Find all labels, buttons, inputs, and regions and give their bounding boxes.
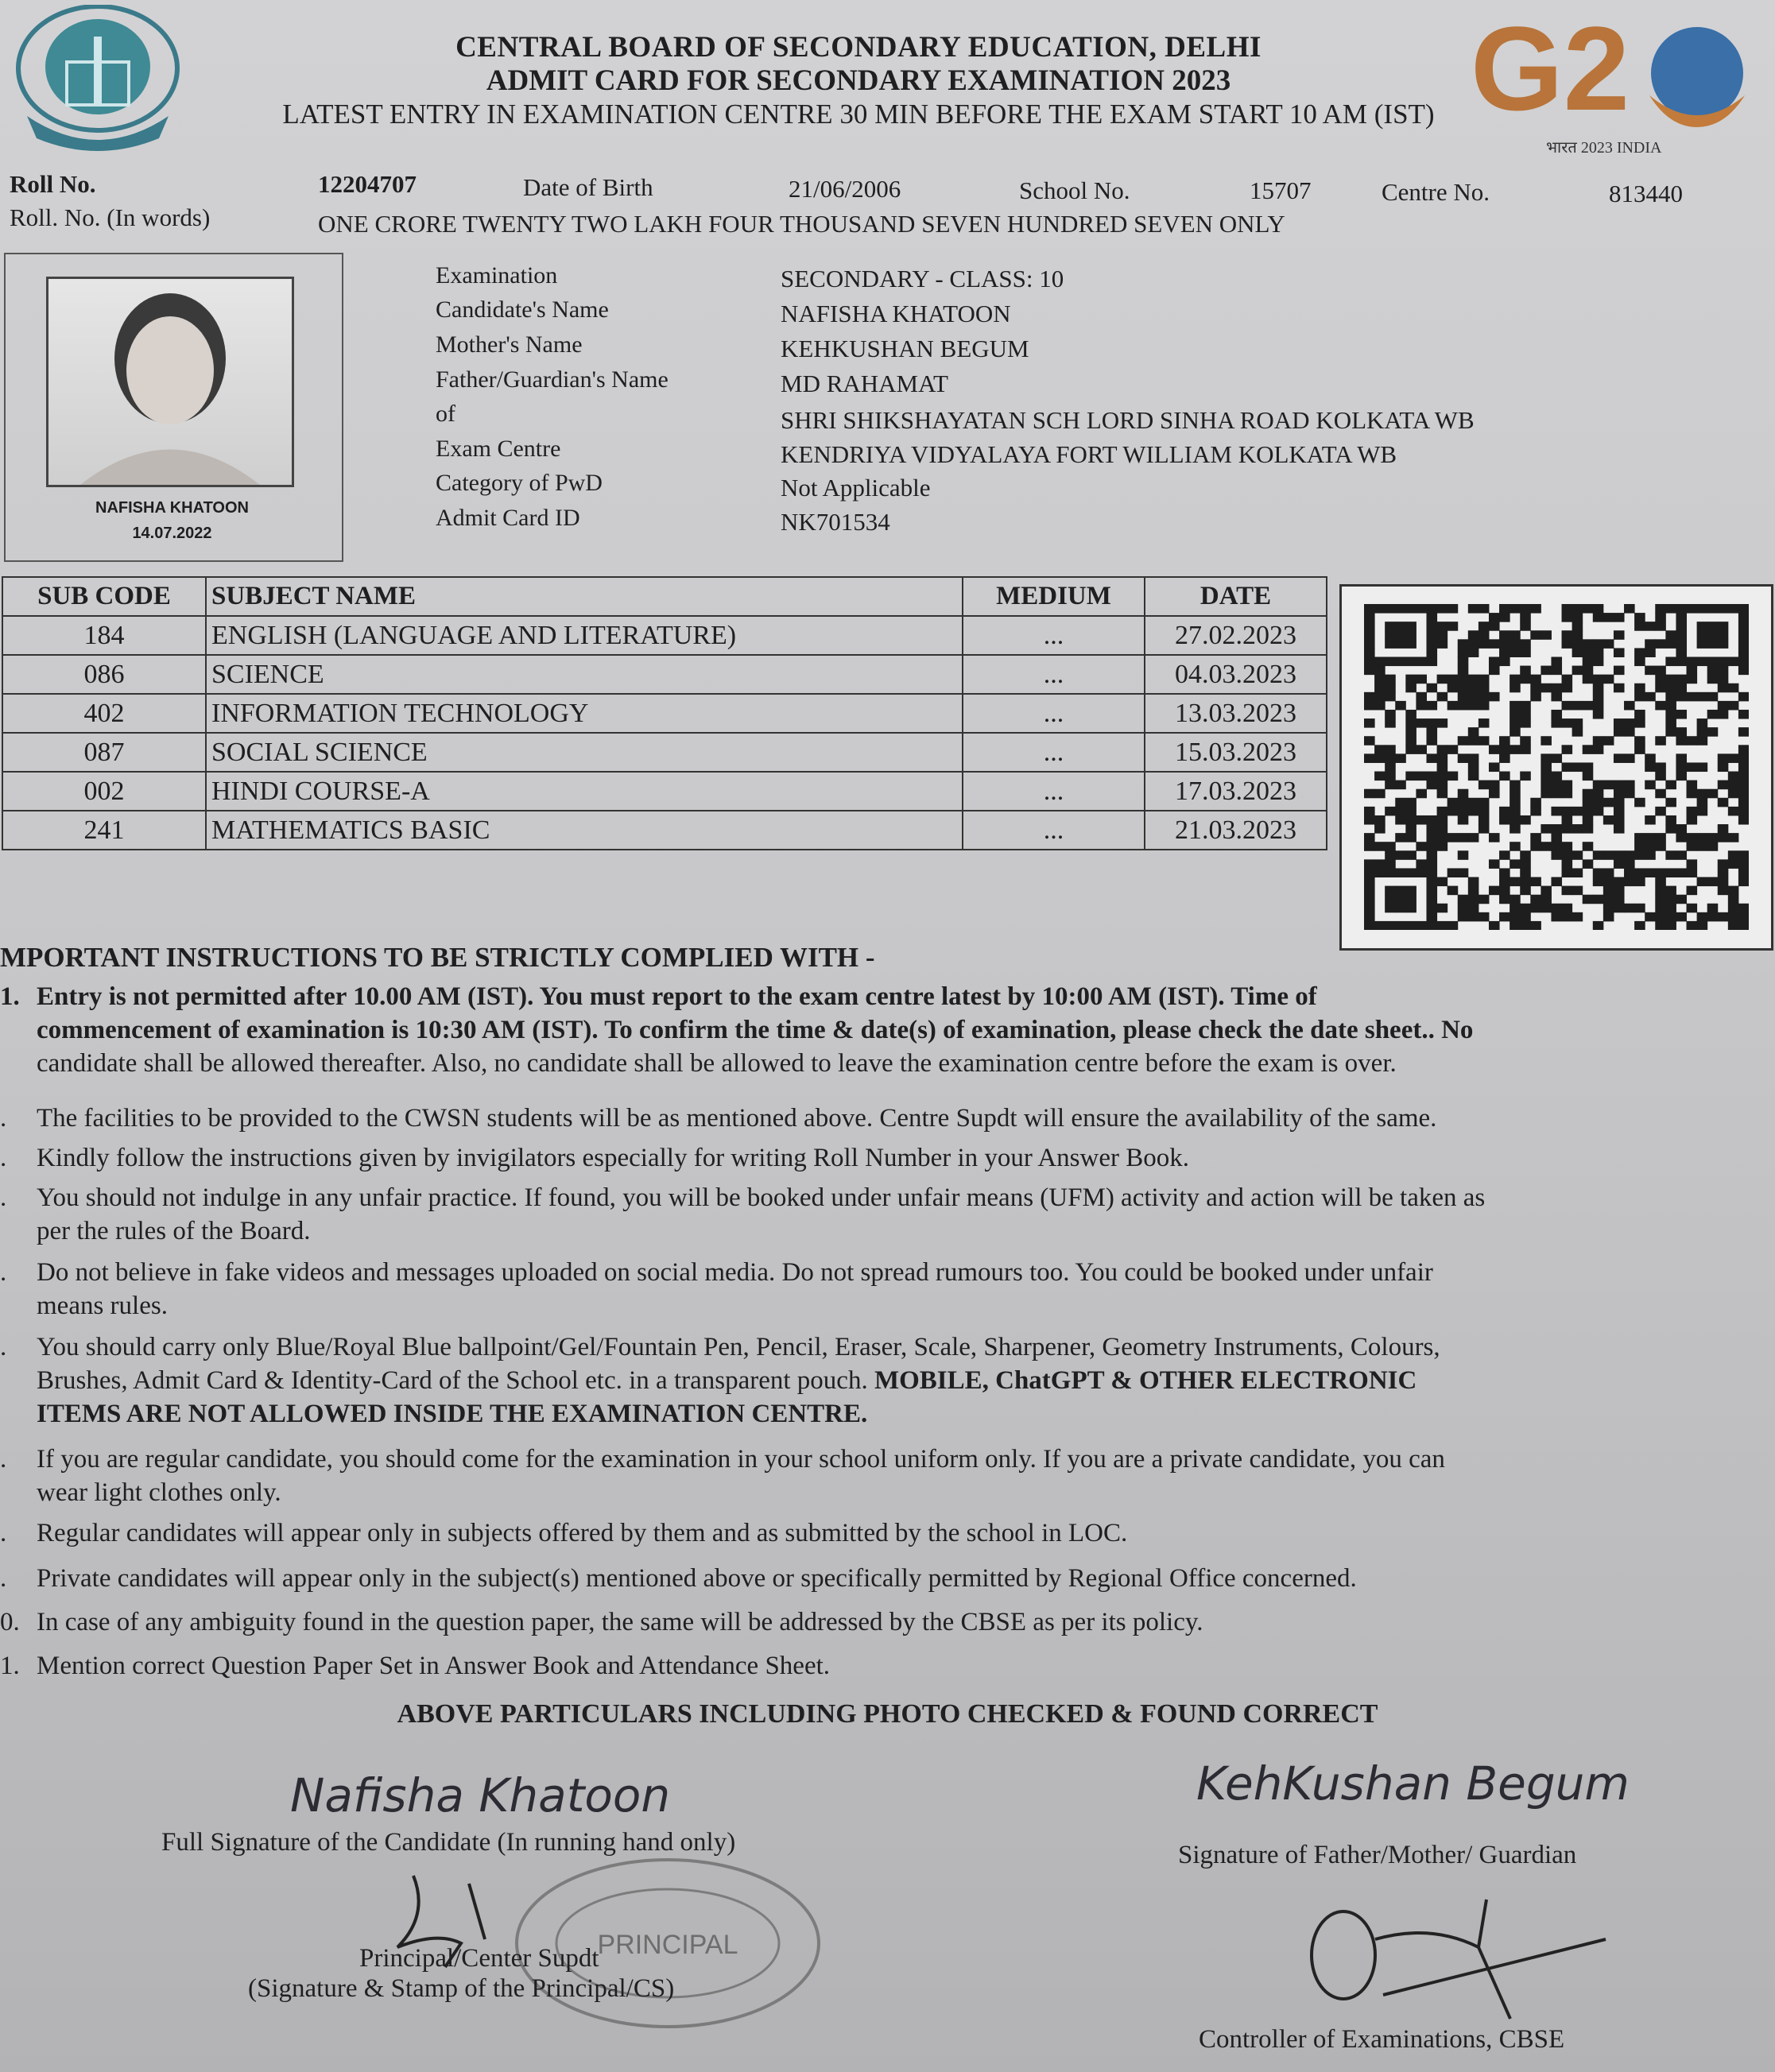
sub-code: 002 [2, 772, 206, 811]
subject-name: HINDI COURSE-A [206, 772, 963, 811]
sub-code: 184 [2, 616, 206, 655]
photo-name: NAFISHA KHATOON [4, 499, 340, 517]
header-sub-code: SUB CODE [2, 577, 206, 616]
school-label: School No. [1019, 176, 1130, 205]
detail-value: SECONDARY - CLASS: 10 [781, 265, 1064, 293]
svg-text:PRINCIPAL: PRINCIPAL [598, 1930, 738, 1960]
qr-code [1339, 584, 1773, 951]
detail-label: Mother's Name [436, 331, 583, 358]
detail-label: Exam Centre [436, 436, 560, 463]
exam-date: 17.03.2023 [1145, 772, 1327, 811]
dob-value: 21/06/2006 [789, 175, 901, 203]
exam-date: 15.03.2023 [1145, 733, 1327, 772]
detail-value: KENDRIYA VIDYALAYA FORT WILLIAM KOLKATA … [781, 440, 1397, 469]
instruction-item: .The facilities to be provided to the CW… [0, 1102, 1775, 1135]
controller-caption: Controller of Examinations, CBSE [1199, 2025, 1564, 2055]
centre-value: 813440 [1609, 180, 1683, 208]
sub-code: 402 [2, 694, 206, 733]
subject-name: INFORMATION TECHNOLOGY [206, 694, 963, 733]
instruction-item: .Private candidates will appear only in … [0, 1562, 1775, 1595]
detail-value: MD RAHAMAT [781, 370, 948, 398]
roll-words-value: ONE CRORE TWENTY TWO LAKH FOUR THOUSAND … [318, 210, 1285, 238]
subject-name: MATHEMATICS BASIC [206, 811, 963, 850]
table-row: 241 MATHEMATICS BASIC ... 21.03.2023 [2, 811, 1327, 850]
detail-value: Not Applicable [781, 474, 931, 502]
instruction-item: .If you are regular candidate, you shoul… [0, 1443, 1775, 1509]
roll-words-label: Roll. No. (In words) [10, 203, 210, 232]
medium: ... [963, 733, 1145, 772]
header-medium: MEDIUM [963, 577, 1145, 616]
sub-code: 087 [2, 733, 206, 772]
medium: ... [963, 616, 1145, 655]
candidate-photo [46, 277, 294, 487]
subjects-table: SUB CODE SUBJECT NAME MEDIUM DATE 184 EN… [2, 576, 1327, 850]
table-row: 086 SCIENCE ... 04.03.2023 [2, 655, 1327, 694]
instruction-item: .You should not indulge in any unfair pr… [0, 1181, 1775, 1248]
detail-label: Candidate's Name [436, 296, 609, 323]
detail-label: Admit Card ID [436, 505, 580, 532]
instruction-item: 0.In case of any ambiguity found in the … [0, 1605, 1775, 1639]
roll-label: Roll No. [10, 170, 96, 199]
medium: ... [963, 772, 1145, 811]
verification-statement: ABOVE PARTICULARS INCLUDING PHOTO CHECKE… [0, 1699, 1775, 1729]
exam-date: 04.03.2023 [1145, 655, 1327, 694]
subject-name: SOCIAL SCIENCE [206, 733, 963, 772]
medium: ... [963, 811, 1145, 850]
detail-value: NK701534 [781, 508, 890, 536]
subject-name: SCIENCE [206, 655, 963, 694]
school-value: 15707 [1250, 176, 1312, 205]
subject-name: ENGLISH (LANGUAGE AND LITERATURE) [206, 616, 963, 655]
candidate-signature: Nafisha Khatoon [290, 1768, 670, 1822]
board-title: CENTRAL BOARD OF SECONDARY EDUCATION, DE… [183, 30, 1534, 64]
instructions-title: MPORTANT INSTRUCTIONS TO BE STRICTLY COM… [0, 942, 875, 974]
admit-card-title: ADMIT CARD FOR SECONDARY EXAMINATION 202… [183, 64, 1534, 98]
table-row: 002 HINDI COURSE-A ... 17.03.2023 [2, 772, 1327, 811]
detail-value: SHRI SHIKSHAYATAN SCH LORD SINHA ROAD KO… [781, 406, 1475, 435]
instruction-item: .Regular candidates will appear only in … [0, 1516, 1775, 1550]
instruction-item: 1.Entry is not permitted after 10.00 AM … [0, 980, 1775, 1080]
header-subject-name: SUBJECT NAME [206, 577, 963, 616]
roll-value: 12204707 [318, 170, 417, 199]
detail-label: Category of PwD [436, 470, 603, 497]
instruction-item: .Kindly follow the instructions given by… [0, 1141, 1775, 1175]
instruction-item: 1.Mention correct Question Paper Set in … [0, 1649, 1775, 1683]
header-date: DATE [1145, 577, 1327, 616]
dob-label: Date of Birth [523, 173, 653, 202]
medium: ... [963, 655, 1145, 694]
detail-label: of [436, 401, 455, 428]
controller-signature [1272, 1892, 1622, 2031]
principal-caption-sub: (Signature & Stamp of the Principal/CS) [248, 1974, 674, 2004]
sub-code: 086 [2, 655, 206, 694]
cbse-logo [11, 5, 184, 151]
detail-value: NAFISHA KHATOON [781, 300, 1011, 328]
table-row: 087 SOCIAL SCIENCE ... 15.03.2023 [2, 733, 1327, 772]
detail-value: KEHKUSHAN BEGUM [781, 335, 1029, 363]
exam-date: 13.03.2023 [1145, 694, 1327, 733]
guardian-signature: KehKushan Begum [1196, 1756, 1630, 1811]
table-header-row: SUB CODE SUBJECT NAME MEDIUM DATE [2, 577, 1327, 616]
instruction-item: .You should carry only Blue/Royal Blue b… [0, 1330, 1775, 1431]
exam-date: 27.02.2023 [1145, 616, 1327, 655]
instruction-item: .Do not believe in fake videos and messa… [0, 1256, 1775, 1323]
exam-date: 21.03.2023 [1145, 811, 1327, 850]
detail-label: Father/Guardian's Name [436, 366, 669, 393]
guardian-signature-caption: Signature of Father/Mother/ Guardian [1178, 1841, 1576, 1870]
table-row: 402 INFORMATION TECHNOLOGY ... 13.03.202… [2, 694, 1327, 733]
principal-caption: Principal/Center Supdt [359, 1944, 599, 1973]
medium: ... [963, 694, 1145, 733]
photo-date: 14.07.2022 [4, 525, 340, 543]
svg-text:भारत 2023 INDIA: भारत 2023 INDIA [1546, 139, 1662, 157]
detail-label: Examination [436, 262, 557, 289]
sub-code: 241 [2, 811, 206, 850]
table-row: 184 ENGLISH (LANGUAGE AND LITERATURE) ..… [2, 616, 1327, 655]
entry-note: LATEST ENTRY IN EXAMINATION CENTRE 30 MI… [183, 99, 1534, 130]
centre-label: Centre No. [1382, 178, 1490, 207]
